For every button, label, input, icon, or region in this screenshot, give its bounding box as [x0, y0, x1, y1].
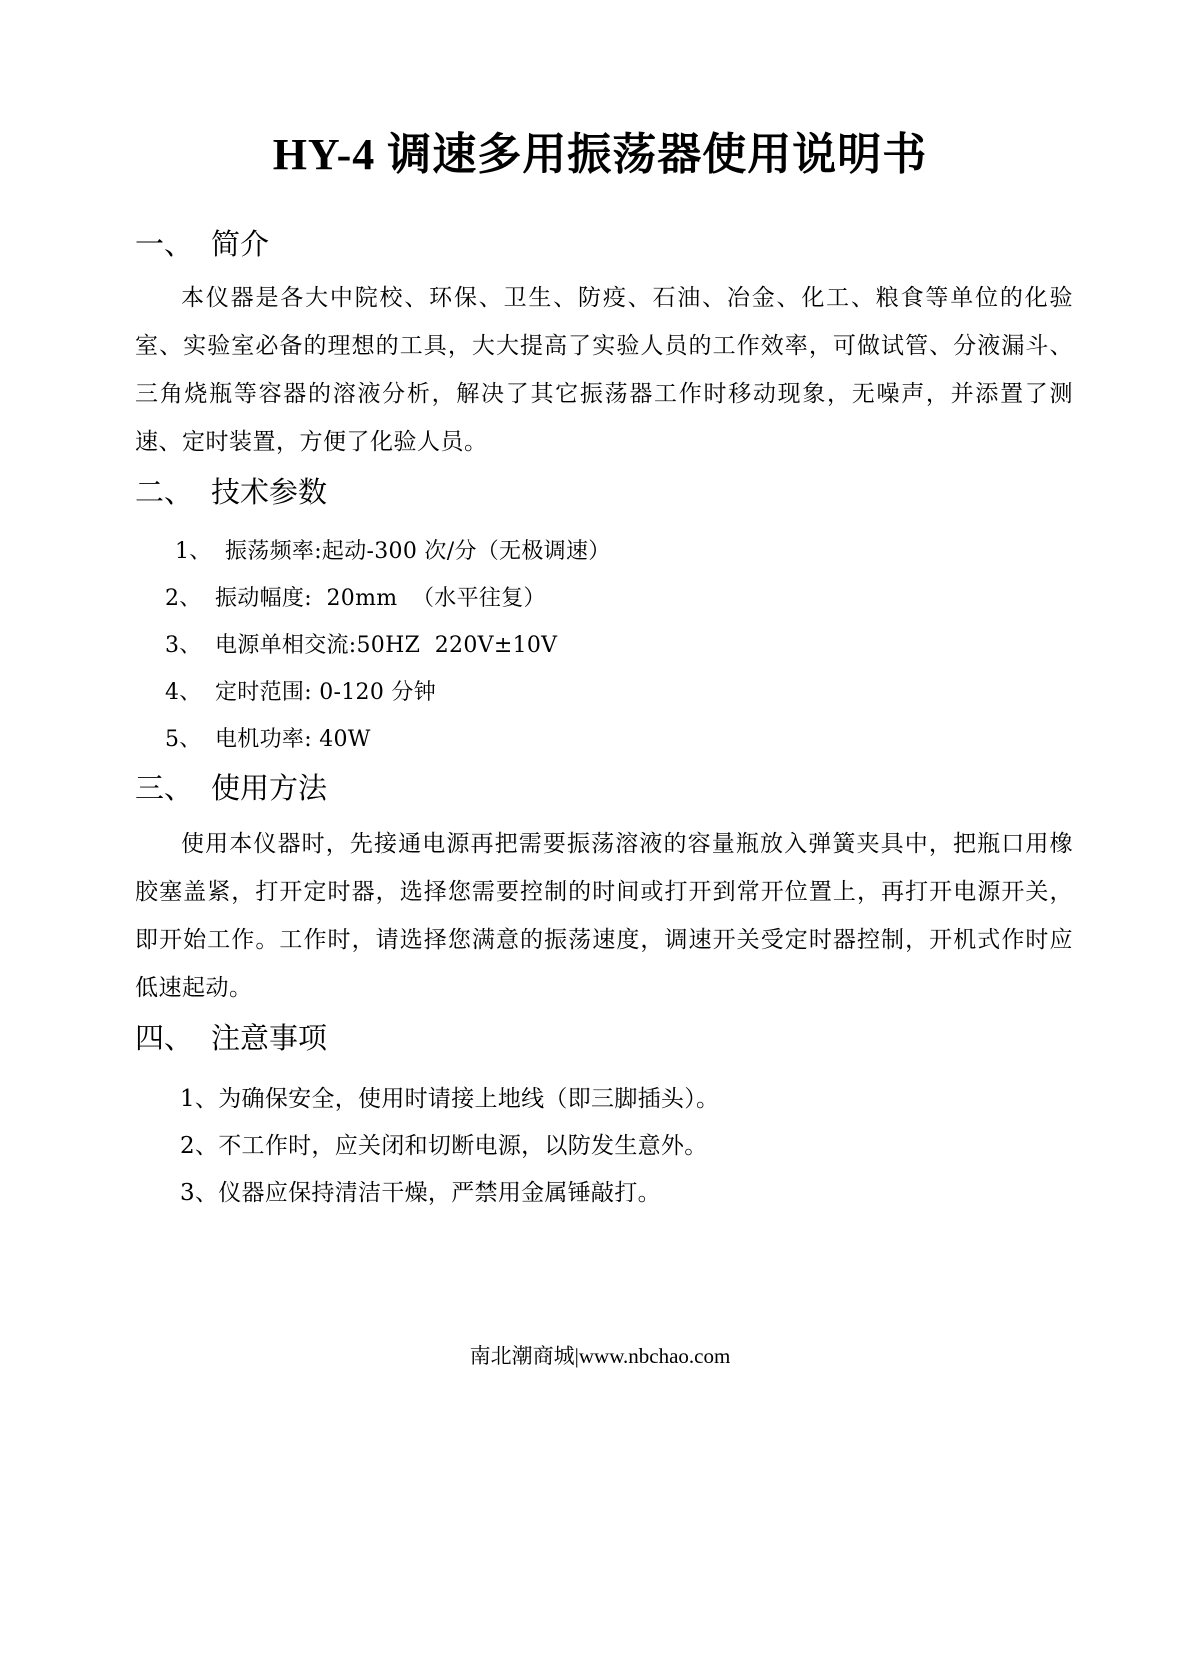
spec-item: 5、电机功率: 40W — [165, 722, 371, 753]
section-title: 注意事项 — [211, 1021, 327, 1055]
spec-text: 电源单相交流:50HZ 220V±10V — [215, 633, 557, 658]
usage-paragraph: 使用本仪器时，先接通电源再把需要振荡溶液的容量瓶放入弹簧夹具中，把瓶口用橡胶塞盖… — [135, 820, 1073, 1012]
document-title: HY-4 调速多用振荡器使用说明书 — [0, 118, 1200, 182]
spec-text: 电机功率: 40W — [215, 727, 371, 752]
section-title: 简介 — [211, 227, 269, 261]
note-item: 1、为确保安全，使用时请接上地线（即三脚插头）。 — [180, 1080, 719, 1113]
footer-source: 南北潮商城|www.nbchao.com — [0, 1340, 1200, 1370]
section-title: 使用方法 — [211, 771, 327, 805]
section-number: 四、 — [135, 1016, 211, 1057]
spec-index: 2、 — [165, 581, 215, 612]
section-number: 一、 — [135, 222, 211, 263]
spec-item: 4、定时范围: 0-120 分钟 — [165, 675, 436, 706]
section-number: 二、 — [135, 470, 211, 511]
spec-index: 1、 — [175, 534, 225, 565]
section-heading-intro: 一、简介 — [135, 222, 269, 263]
spec-index: 5、 — [165, 722, 215, 753]
note-item: 3、仪器应保持清洁干燥，严禁用金属锤敲打。 — [180, 1174, 661, 1207]
spec-item: 2、振动幅度: 20mm （水平往复） — [165, 581, 546, 612]
spec-item: 1、振荡频率:起动-300 次/分（无极调速） — [175, 534, 611, 565]
intro-paragraph: 本仪器是各大中院校、环保、卫生、防疫、石油、冶金、化工、粮食等单位的化验室、实验… — [135, 274, 1073, 466]
section-heading-notes: 四、注意事项 — [135, 1016, 327, 1057]
spec-text: 定时范围: 0-120 分钟 — [215, 680, 436, 705]
spec-item: 3、电源单相交流:50HZ 220V±10V — [165, 628, 557, 659]
section-number: 三、 — [135, 766, 211, 807]
section-heading-usage: 三、使用方法 — [135, 766, 327, 807]
section-heading-specs: 二、技术参数 — [135, 470, 327, 511]
spec-text: 振荡频率:起动-300 次/分（无极调速） — [225, 539, 611, 564]
spec-index: 4、 — [165, 675, 215, 706]
spec-index: 3、 — [165, 628, 215, 659]
section-title: 技术参数 — [211, 475, 327, 509]
note-item: 2、不工作时，应关闭和切断电源，以防发生意外。 — [180, 1127, 708, 1160]
spec-text: 振动幅度: 20mm （水平往复） — [215, 586, 546, 611]
